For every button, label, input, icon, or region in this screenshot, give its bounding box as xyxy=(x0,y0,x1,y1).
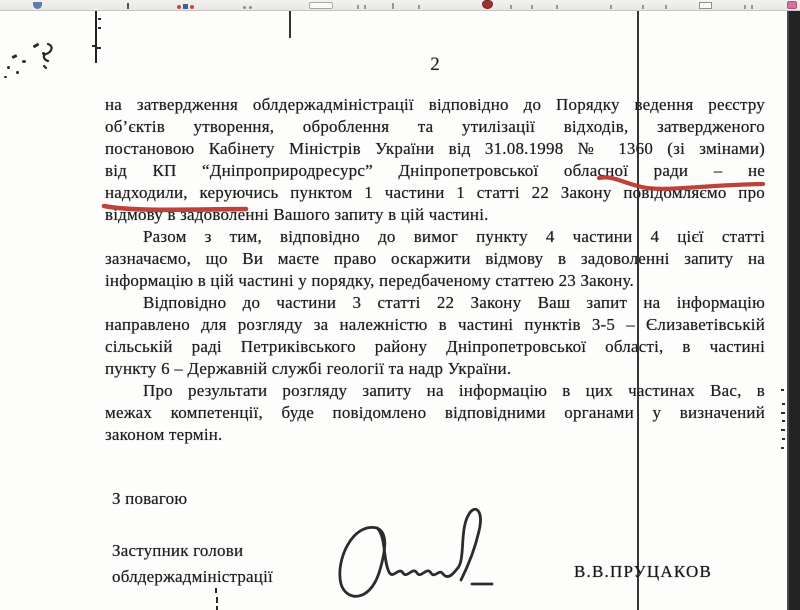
toolbar-tick xyxy=(665,5,667,9)
maroon-record-icon[interactable] xyxy=(482,0,493,9)
page-number: 2 xyxy=(105,54,765,76)
toolbar-tick xyxy=(249,6,252,9)
red-dot-icon[interactable] xyxy=(190,5,194,9)
ink-speck xyxy=(22,60,26,63)
pill-button-icon[interactable] xyxy=(309,2,333,9)
text-line: законом термін. xyxy=(105,424,765,446)
toolbar-tick xyxy=(744,5,746,9)
toolbar xyxy=(0,0,800,11)
signer-name: В.В.ПРУЦАКОВ xyxy=(574,562,712,582)
ink-speck xyxy=(16,71,19,74)
text-line: зазначаємо, що Ви маєте право оскаржити … xyxy=(105,248,765,270)
ink-speck xyxy=(781,412,785,414)
toolbar-tick xyxy=(364,5,366,9)
ink-speck xyxy=(782,420,785,422)
blue-tool-icon[interactable] xyxy=(33,2,42,9)
document-body: на затвердження облдержадміністрації від… xyxy=(105,94,765,446)
rect-button-icon[interactable] xyxy=(699,2,712,9)
toolbar-tick xyxy=(418,5,420,9)
ink-speck xyxy=(7,66,10,69)
scan-artifact-mark xyxy=(289,11,291,38)
text-line: сільській раді Петриківського району Дні… xyxy=(105,336,765,358)
text-line: Відповідно до частини 3 статті 22 Закону… xyxy=(105,292,765,314)
toolbar-tick xyxy=(243,6,246,9)
text-line: межах компетенції, буде повідомлено відп… xyxy=(105,402,765,424)
text-line: на затвердження облдержадміністрації від… xyxy=(105,94,765,116)
toolbar-tick xyxy=(610,5,612,9)
toolbar-tick xyxy=(531,5,533,9)
ink-speck xyxy=(98,27,101,29)
salutation: З повагою xyxy=(112,486,187,512)
red-underline-annotation xyxy=(100,199,250,217)
ink-speck xyxy=(97,47,101,49)
signer-position-line1: Заступник голови xyxy=(112,538,273,564)
signer-position: Заступник голови облдержадміністрації xyxy=(112,538,273,590)
ink-speck xyxy=(216,597,218,603)
ink-speck xyxy=(216,606,218,610)
signer-position-line2: облдержадміністрації xyxy=(112,564,273,590)
text-line: об’єктів утворення, оброблення та утиліз… xyxy=(105,116,765,138)
text-line: направлено для розгляду за належністю в … xyxy=(105,314,765,336)
toolbar-tick xyxy=(357,5,359,9)
toolbar-tick xyxy=(751,5,753,9)
ink-speck xyxy=(781,447,784,449)
ink-speck xyxy=(781,389,784,391)
toolbar-tick xyxy=(510,5,512,9)
ink-squiggle xyxy=(38,42,58,70)
blue-square-icon[interactable] xyxy=(183,4,188,9)
toolbar-tick xyxy=(642,5,644,9)
signature xyxy=(325,500,525,610)
text-line: Разом з тим, відповідно до вимог пункту … xyxy=(105,226,765,248)
toolbar-tick xyxy=(392,3,394,9)
scan-edge-black-band xyxy=(787,10,800,610)
text-line: Про результати розгляду запиту на інформ… xyxy=(105,380,765,402)
ink-speck xyxy=(98,18,101,20)
toolbar-tick xyxy=(127,3,129,9)
red-dot-icon[interactable] xyxy=(177,5,181,9)
toolbar-tick xyxy=(556,5,558,9)
scan-artifact-line xyxy=(95,10,97,63)
text-line: постановою Кабінету Міністрів України ві… xyxy=(105,138,765,160)
ink-speck xyxy=(782,403,785,405)
ink-speck xyxy=(781,429,785,431)
text-line: пункту 6 – Державній службі геології та … xyxy=(105,358,765,380)
ink-speck xyxy=(4,76,7,78)
ink-speck xyxy=(782,438,785,440)
red-underline-annotation xyxy=(595,172,767,194)
pink-tool-icon[interactable] xyxy=(787,1,797,9)
ink-speck xyxy=(12,54,18,59)
text-line: інформацію в цій частині у порядку, пере… xyxy=(105,270,765,292)
